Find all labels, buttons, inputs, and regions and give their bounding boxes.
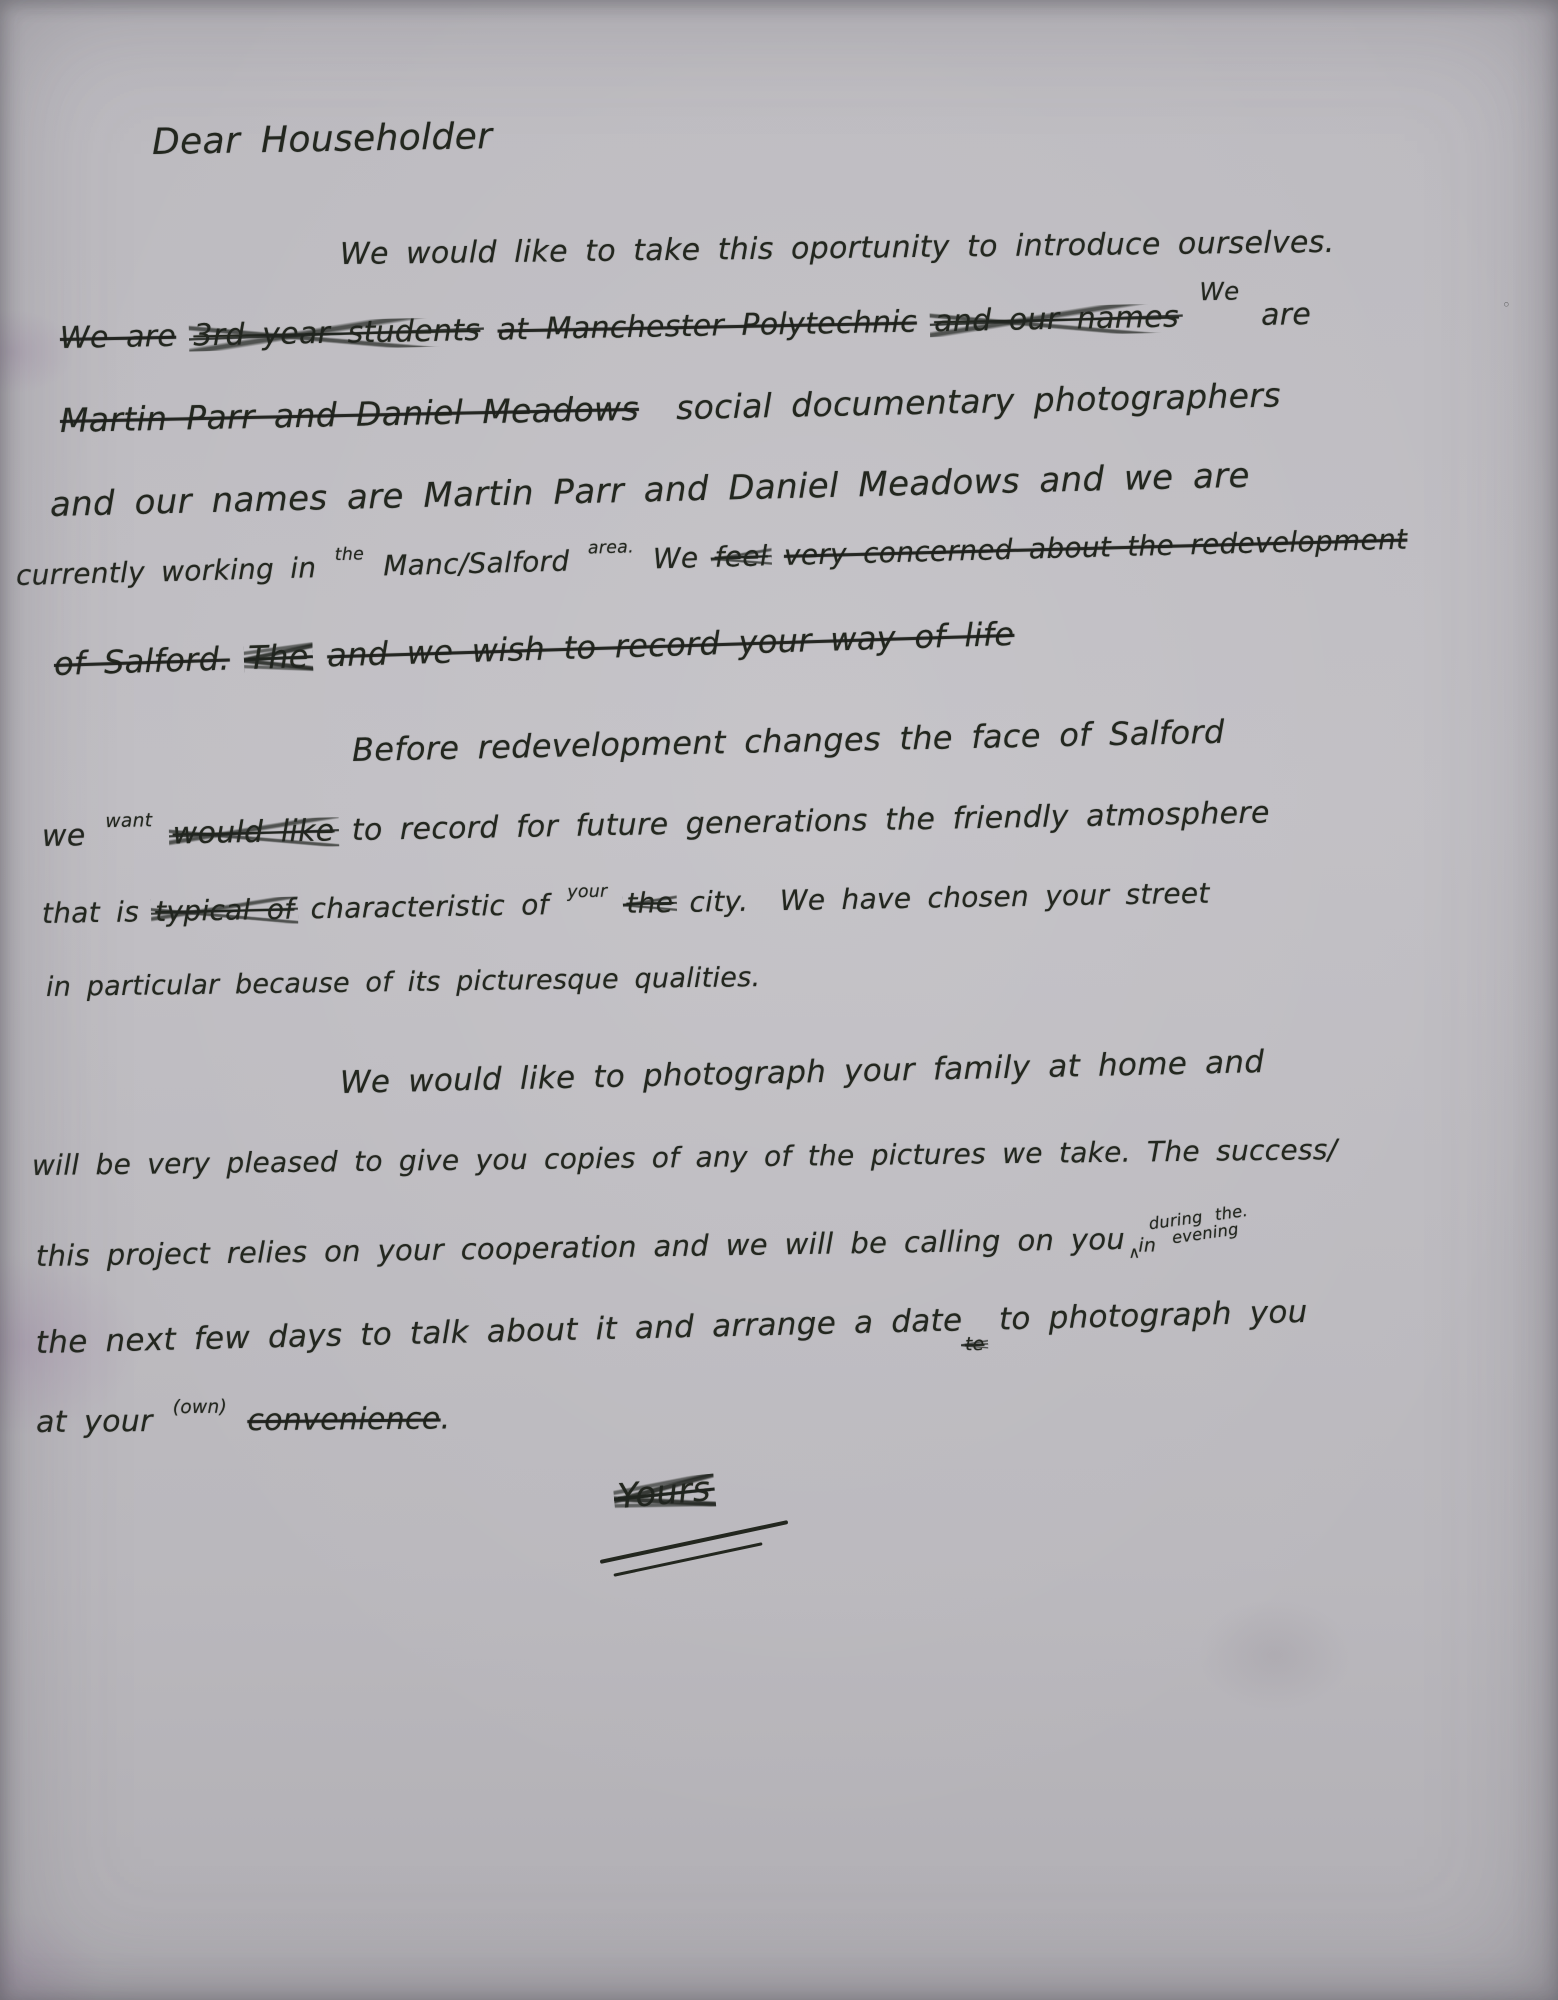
- text-segment: characteristic of: [310, 888, 549, 925]
- inserted-word: (own): [173, 1397, 228, 1419]
- letter-line-copies: will be very pleased to give you copies …: [32, 1134, 1338, 1182]
- stray-ink-mark: ◦: [1502, 296, 1511, 314]
- text-segment: in particular because of its picturesque…: [46, 962, 761, 1003]
- text-segment: the next few days to talk about it and a…: [35, 1302, 962, 1361]
- text-segment: this project relies on your cooperation …: [36, 1222, 1126, 1273]
- letter-line-names: and our names are Martin Parr and Daniel…: [50, 457, 1251, 525]
- letter-line-deleted-intro: We are 3rd year students at Manchester P…: [60, 298, 1312, 357]
- text-segment: to record for future generations the fri…: [351, 795, 1270, 848]
- text-segment: We would like to photograph your family …: [340, 1044, 1265, 1101]
- scribbled-out-text: feel: [714, 539, 768, 573]
- inserted-word: want: [105, 810, 152, 832]
- struck-text: of Salford.: [53, 639, 230, 683]
- text-segment: We: [653, 541, 699, 575]
- text-segment: Manc/Salford: [383, 545, 570, 583]
- letter-line-opening: We would like to take this oportunity to…: [340, 226, 1335, 273]
- letter-line-photograph-family: We would like to photograph your family …: [340, 1045, 1265, 1102]
- salutation-text: Dear Householder: [152, 116, 493, 163]
- letter-line-deleted-names: Martin Parr and Daniel Meadows social do…: [60, 376, 1282, 440]
- struck-text: Martin Parr and Daniel Meadows: [60, 389, 640, 440]
- struck-text: convenience: [247, 1401, 440, 1438]
- letter-line-arrange-date: the next few days to talk about it and a…: [35, 1295, 1308, 1378]
- struck-text: and we wish to record your way of life: [327, 615, 1015, 675]
- inserted-word: your: [567, 883, 607, 904]
- scribbled-out-text: 3rd year students: [193, 313, 481, 354]
- struck-text: at Manchester Polytechnic: [497, 305, 917, 348]
- text-segment: We would like to take this oportunity to…: [340, 225, 1335, 272]
- letter-line-cooperation: this project relies on your cooperation …: [36, 1221, 1250, 1286]
- scribbled-out-text: te: [965, 1333, 985, 1354]
- text-segment: at your: [36, 1404, 153, 1440]
- text-segment: social documentary photographers: [676, 375, 1281, 427]
- text-segment: that is: [42, 895, 140, 930]
- text-segment: .: [440, 1401, 450, 1436]
- letter-line-before-redevelopment: Before redevelopment changes the face of…: [352, 714, 1225, 769]
- letter-line-we-want: we want would like to record for future …: [42, 796, 1270, 854]
- letter-line-picturesque: in particular because of its picturesque…: [46, 962, 761, 1003]
- scribbled-out-text: the: [626, 886, 673, 920]
- letter-line-working-area: currently working in the Manc/Salford ar…: [16, 524, 1408, 593]
- letter-paper: Dear Householder We would like to take t…: [0, 0, 1558, 2000]
- text-segment: city.: [689, 885, 748, 919]
- scribbled-out-text: and our names: [934, 300, 1179, 340]
- letter-line-deleted-wish: of Salford. The and we wish to record yo…: [53, 616, 1014, 683]
- closing-scribble: Yours: [616, 1470, 712, 1517]
- text-segment: we: [42, 818, 86, 854]
- inserted-word: the: [335, 545, 365, 566]
- struck-text: very concerned about the redevelopment: [784, 523, 1408, 572]
- letter-line-convenience: at your (own) convenience.: [36, 1402, 451, 1440]
- text-segment: will be very pleased to give you copies …: [32, 1133, 1338, 1182]
- text-segment: and our names are Martin Parr and Daniel…: [49, 456, 1250, 525]
- scribbled-out-text: Yours: [616, 1469, 712, 1517]
- salutation-line: Dear Householder: [152, 116, 493, 163]
- text-segment: We have chosen your street: [780, 877, 1210, 917]
- text-segment: Before redevelopment changes the face of…: [352, 713, 1225, 769]
- scribbled-out-text: would like: [172, 813, 334, 851]
- scribbled-out-text: typical of: [155, 893, 295, 928]
- text-segment: currently working in: [16, 551, 317, 592]
- struck-text: We are: [60, 319, 177, 356]
- inserted-word: We: [1199, 278, 1240, 307]
- scribble-flourish: [613, 1542, 762, 1577]
- inserted-word: area.: [588, 538, 635, 559]
- scribbled-out-text: The: [248, 637, 310, 677]
- inserted-note: during the.evening: [1148, 1202, 1252, 1249]
- text-segment: are: [1261, 297, 1312, 333]
- text-segment: to photograph you: [999, 1294, 1309, 1338]
- letter-line-characteristic: that is typical of characteristic of you…: [42, 878, 1210, 931]
